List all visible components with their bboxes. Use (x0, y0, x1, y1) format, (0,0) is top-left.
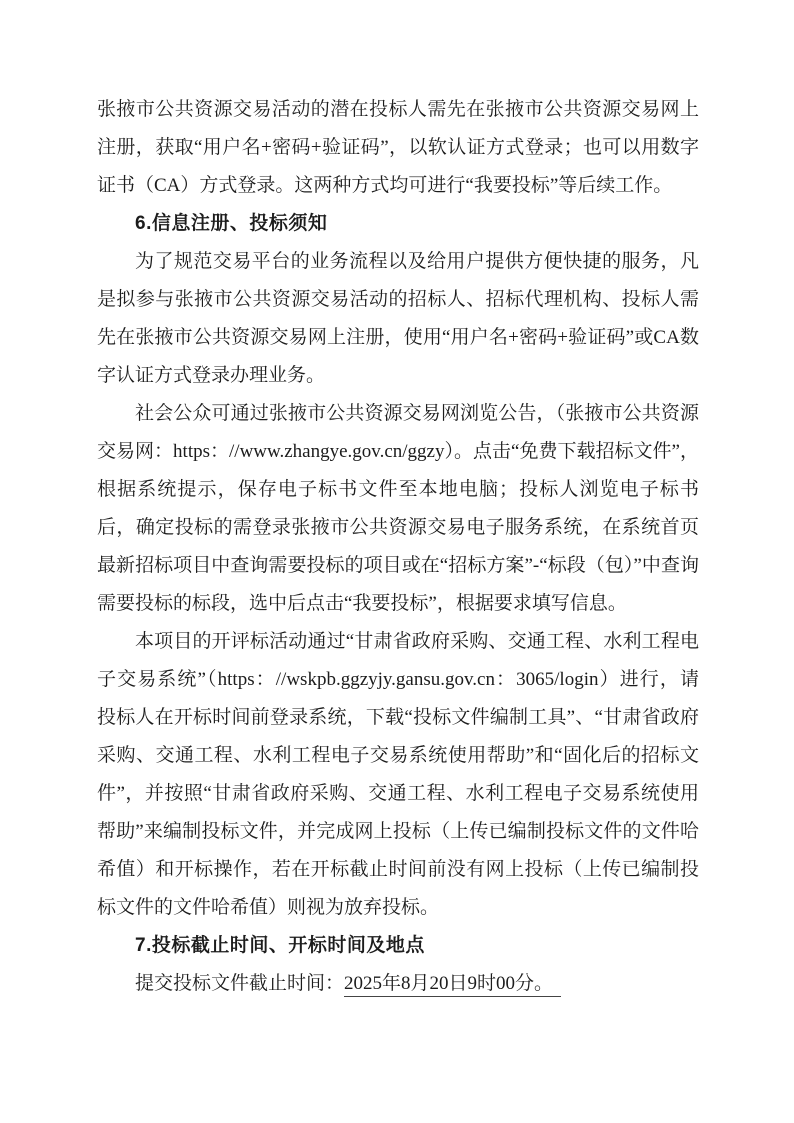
paragraph-registration-continued: 张掖市公共资源交易活动的潜在投标人需先在张掖市公共资源交易网上注册，获取“用户名… (97, 91, 699, 205)
deadline-value: 2025年8月20日9时00分。 (344, 973, 561, 997)
document-page: 张掖市公共资源交易活动的潜在投标人需先在张掖市公共资源交易网上注册，获取“用户名… (0, 0, 794, 1123)
paragraph-project-bidding: 本项目的开评标活动通过“甘肃省政府采购、交通工程、水利工程电子交易系统”（htt… (97, 623, 699, 927)
paragraph-platform-rules: 为了规范交易平台的业务流程以及给用户提供方便快捷的服务，凡是拟参与张掖市公共资源… (97, 243, 699, 395)
paragraph-public-browse: 社会公众可通过张掖市公共资源交易网浏览公告，（张掖市公共资源交易网：https：… (97, 395, 699, 623)
heading-section-6: 6.信息注册、投标须知 (97, 205, 699, 243)
deadline-label: 提交投标文件截止时间： (135, 973, 344, 994)
heading-section-7: 7.投标截止时间、开标时间及地点 (97, 927, 699, 965)
paragraph-submission-deadline: 提交投标文件截止时间：2025年8月20日9时00分。 (97, 965, 699, 1003)
